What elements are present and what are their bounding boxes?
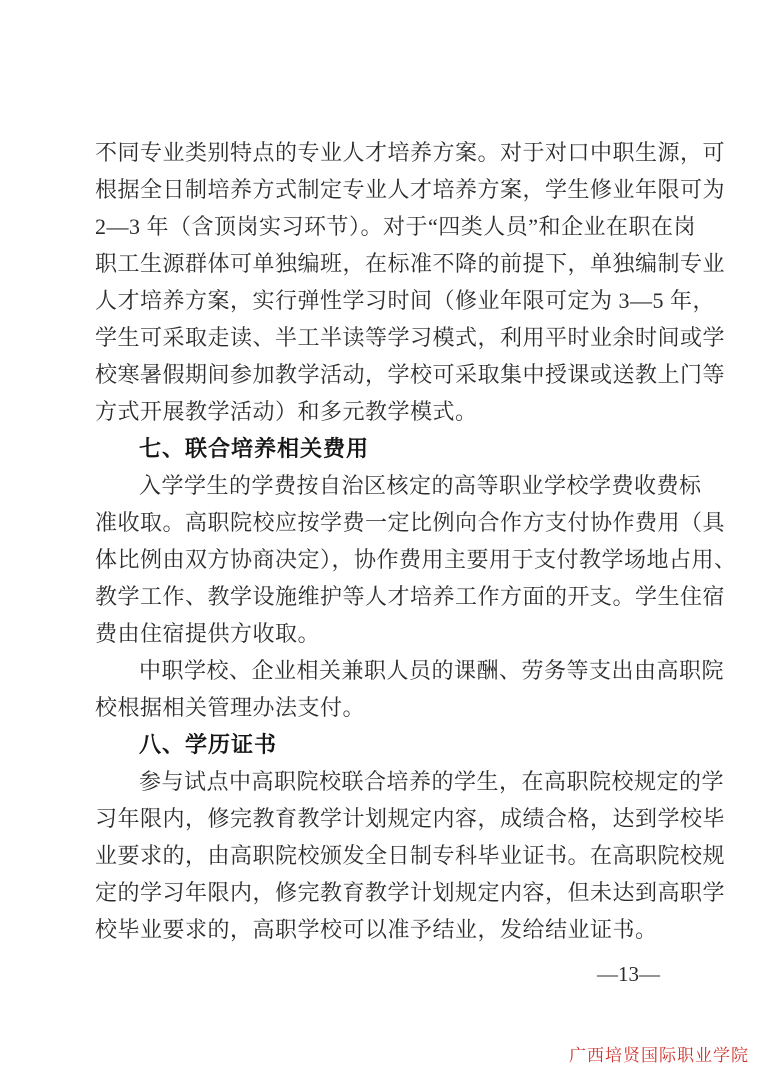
text-line: 不同专业类别特点的专业人才培养方案。对于对口中职生源，可 xyxy=(95,134,677,171)
text-line: 教学工作、教学设施维护等人才培养工作方面的开支。学生住宿 xyxy=(95,578,677,615)
text-line: 参与试点中高职院校联合培养的学生，在高职院校规定的学 xyxy=(95,763,677,800)
document-body: 不同专业类别特点的专业人才培养方案。对于对口中职生源，可 根据全日制培养方式制定… xyxy=(95,134,677,948)
footer-watermark: 广西培贤国际职业学院 xyxy=(569,1046,749,1066)
text-line: 学生可采取走读、半工半读等学习模式，利用平时业余时间或学 xyxy=(95,319,677,356)
text-line: 根据全日制培养方式制定专业人才培养方案，学生修业年限可为 xyxy=(95,171,677,208)
text-line: 中职学校、企业相关兼职人员的课酬、劳务等支出由高职院 xyxy=(95,652,677,689)
text-line: 校毕业要求的，高职学校可以准予结业，发给结业证书。 xyxy=(95,911,677,948)
paragraph-continuation: 不同专业类别特点的专业人才培养方案。对于对口中职生源，可 根据全日制培养方式制定… xyxy=(95,134,677,430)
text-line: 业要求的，由高职院校颁发全日制专科毕业证书。在高职院校规 xyxy=(95,837,677,874)
text-line: 定的学习年限内，修完教育教学计划规定内容，但未达到高职学 xyxy=(95,874,677,911)
text-line: 习年限内，修完教育教学计划规定内容，成绩合格，达到学校毕 xyxy=(95,800,677,837)
section-7: 七、联合培养相关费用 入学学生的学费按自治区核定的高等职业学校学费收费标 准收取… xyxy=(95,430,677,726)
text-line: 2—3 年（含顶岗实习环节）。对于“四类人员”和企业在职在岗 xyxy=(95,208,677,245)
section-7-heading: 七、联合培养相关费用 xyxy=(95,430,677,467)
section-8: 八、学历证书 参与试点中高职院校联合培养的学生，在高职院校规定的学 习年限内，修… xyxy=(95,726,677,948)
text-line: 体比例由双方协商决定），协作费用主要用于支付教学场地占用、 xyxy=(95,541,677,578)
text-line: 校根据相关管理办法支付。 xyxy=(95,689,677,726)
text-line: 方式开展教学活动）和多元教学模式。 xyxy=(95,393,677,430)
text-line: 校寒暑假期间参加教学活动，学校可采取集中授课或送教上门等 xyxy=(95,356,677,393)
section-8-heading: 八、学历证书 xyxy=(95,726,677,763)
document-page: 不同专业类别特点的专业人才培养方案。对于对口中职生源，可 根据全日制培养方式制定… xyxy=(0,0,764,1080)
text-line: 人才培养方案，实行弹性学习时间（修业年限可定为 3—5 年， xyxy=(95,282,677,319)
text-line: 职工生源群体可单独编班，在标准不降的前提下，单独编制专业 xyxy=(95,245,677,282)
text-line: 准收取。高职院校应按学费一定比例向合作方支付协作费用（具 xyxy=(95,504,677,541)
page-number: —13— xyxy=(597,962,660,986)
text-line: 入学学生的学费按自治区核定的高等职业学校学费收费标 xyxy=(95,467,677,504)
text-line: 费由住宿提供方收取。 xyxy=(95,615,677,652)
